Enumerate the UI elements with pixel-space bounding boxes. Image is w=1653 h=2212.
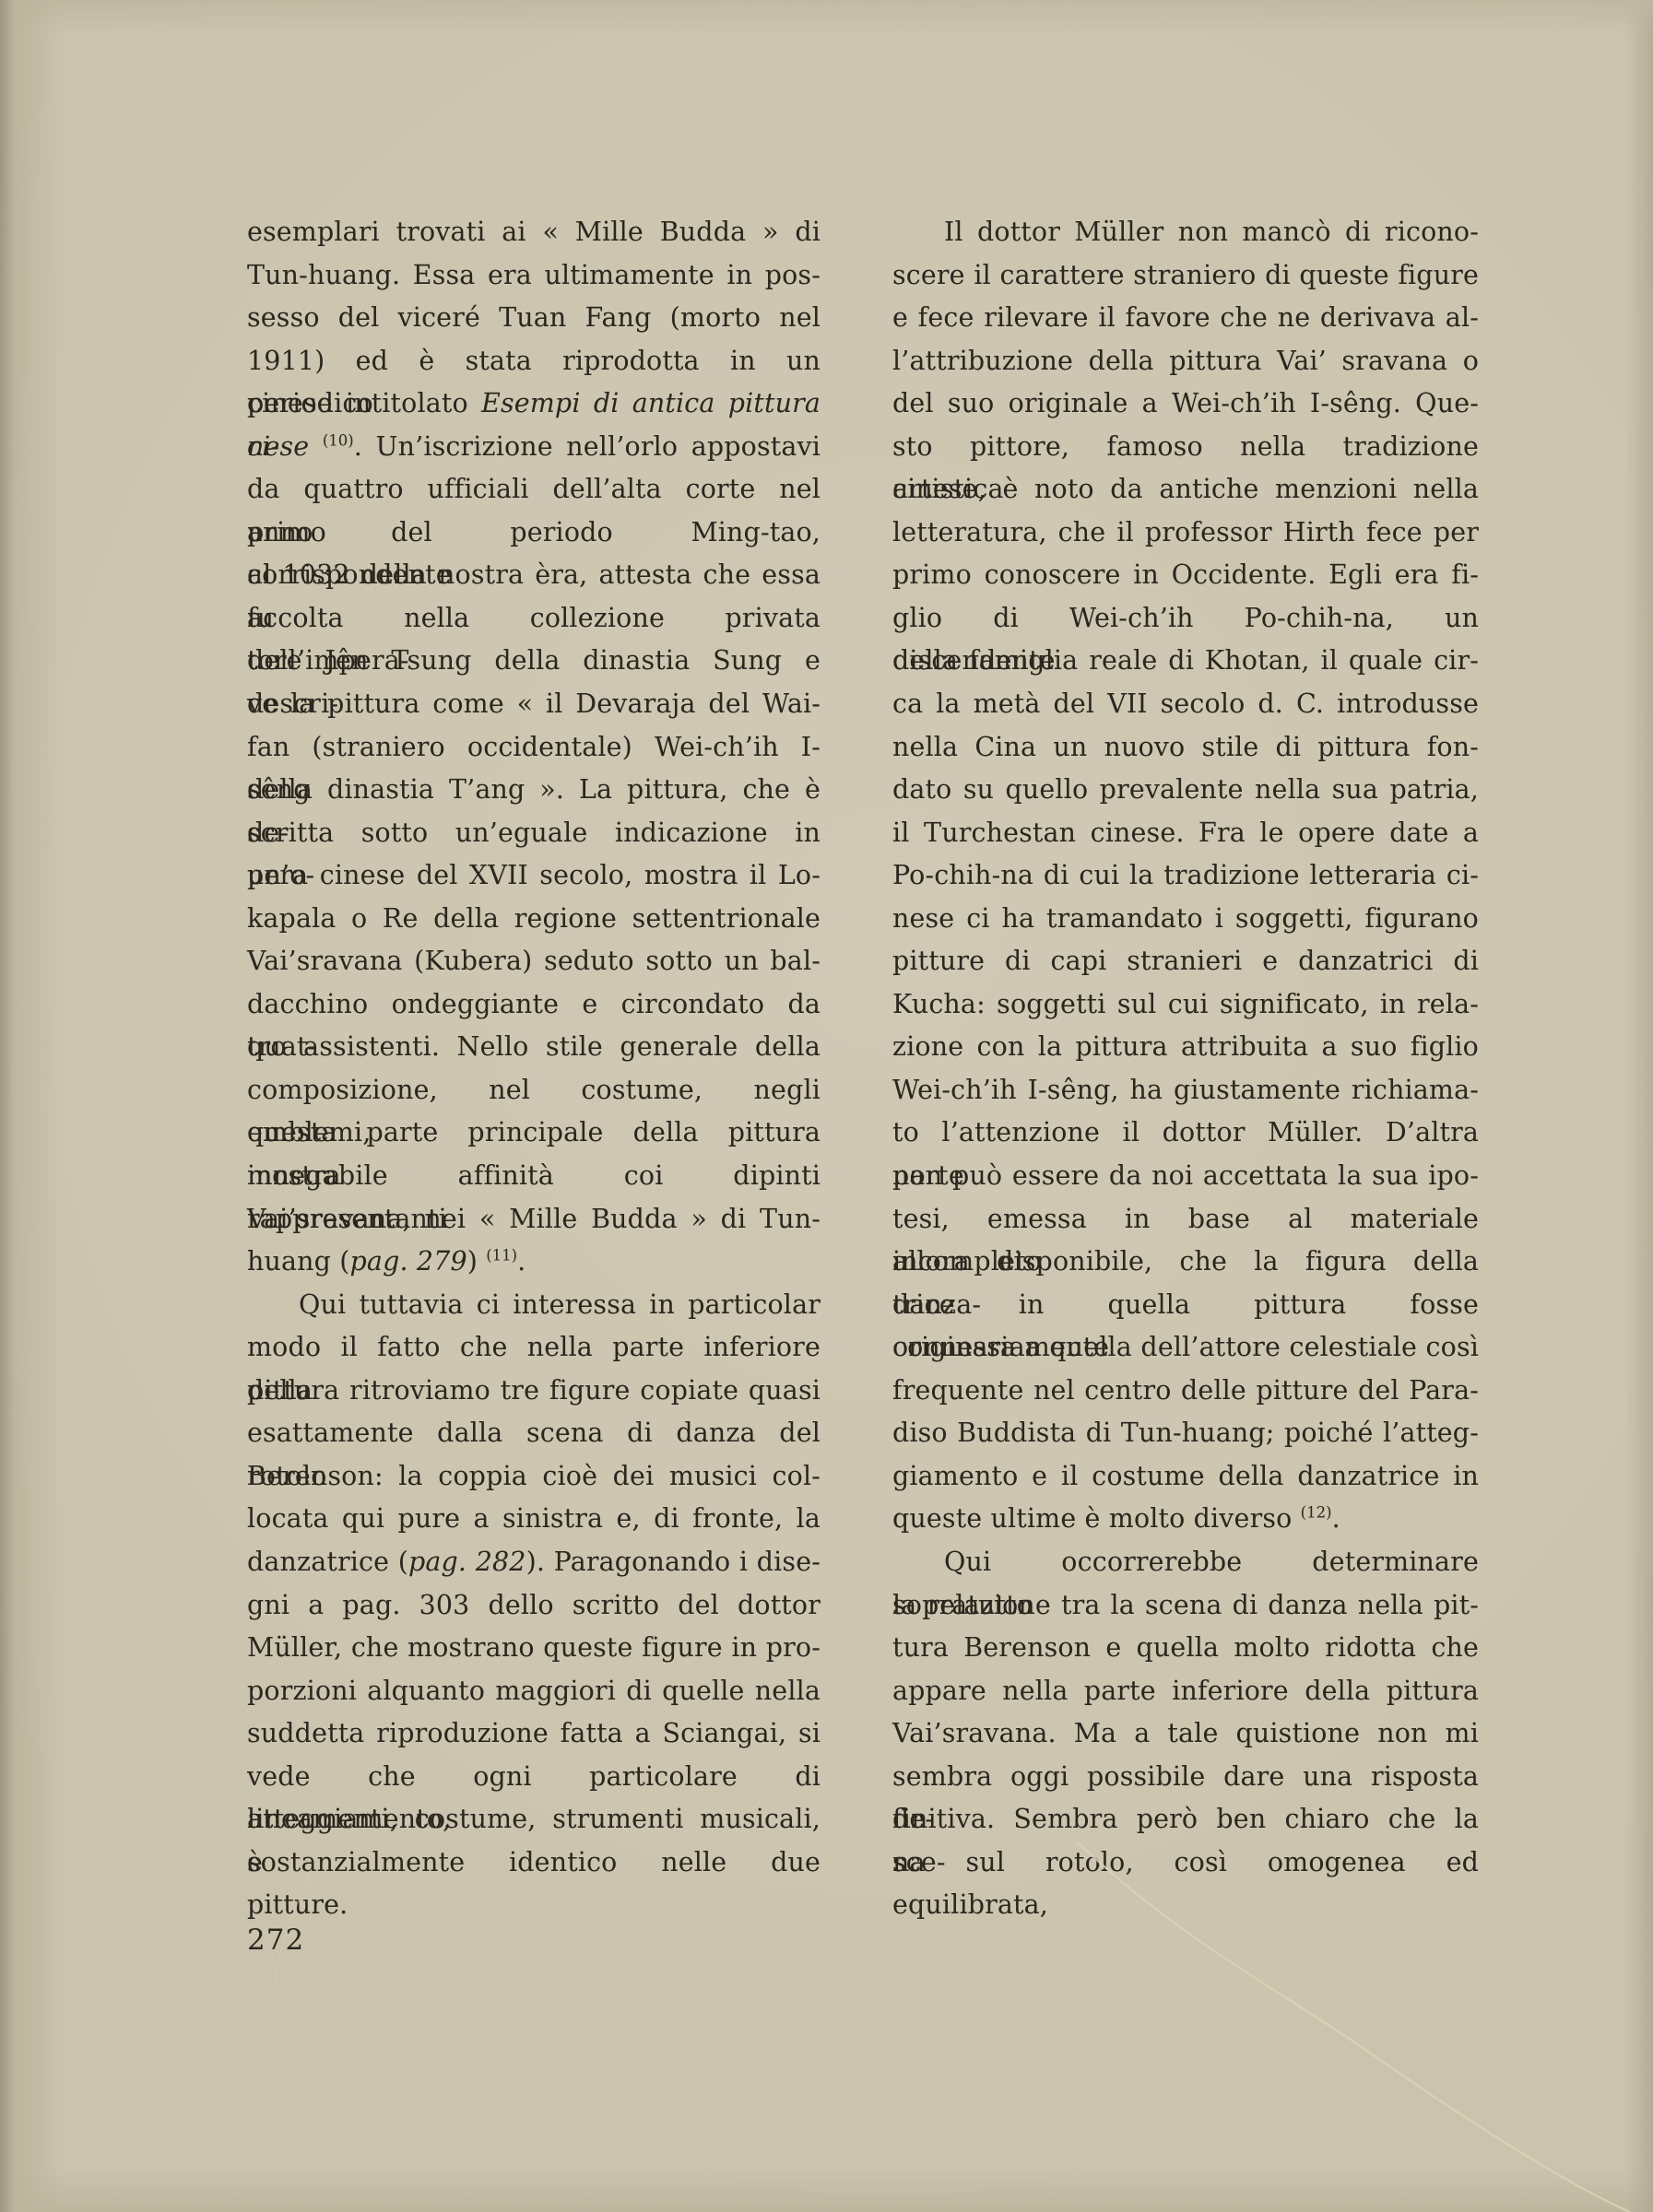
- text-line: connessa a quella dell’attore celestiale…: [892, 1326, 1479, 1370]
- text-line: fan (straniero occidentale) Wei-ch’ih I-…: [247, 726, 821, 770]
- text-run: tura Berenson e quella molto ridotta che: [892, 1632, 1479, 1663]
- text-line: del suo originale a Wei-ch’ih I-sêng. Qu…: [892, 382, 1479, 426]
- footnote-marker: (11): [486, 1247, 517, 1265]
- text-run: pittura ritroviamo tre figure copiate qu…: [247, 1375, 821, 1406]
- text-line: locata qui pure a sinistra e, di fronte,…: [247, 1498, 821, 1541]
- text-run: della famiglia reale di Khotan, il quale…: [892, 645, 1479, 676]
- text-run: porzioni alquanto maggiori di quelle nel…: [247, 1676, 821, 1706]
- text-run: primo conoscere in Occidente. Egli era f…: [892, 559, 1479, 590]
- text-run: dato su quello prevalente nella sua patr…: [892, 774, 1479, 805]
- text-run: l’attribuzione della pittura Vai’ sravan…: [892, 346, 1479, 376]
- text-run: scere il carattere straniero di queste f…: [892, 260, 1479, 290]
- text-line: Tun-huang. Essa era ultimamente in pos-: [247, 254, 821, 298]
- text-run: cinese intitolato: [247, 388, 481, 418]
- text-run: suddetta riproduzione fatta a Sciangai, …: [247, 1718, 821, 1748]
- text-run: queste ultime è molto diverso: [892, 1503, 1301, 1534]
- text-line: Vai’sravana, nei « Mille Budda » di Tun-: [247, 1198, 821, 1241]
- text-run: Berenson: la coppia cioè dei musici col-: [247, 1461, 821, 1491]
- text-run: giamento e il costume della danzatrice i…: [892, 1461, 1479, 1491]
- text-line: Wei-ch’ih I-sêng, ha giustamente richiam…: [892, 1069, 1479, 1112]
- text-run: nella Cina un nuovo stile di pittura fon…: [892, 732, 1479, 762]
- text-line: innegabile affinità coi dipinti rapprese…: [247, 1155, 821, 1198]
- text-line: porzioni alquanto maggiori di quelle nel…: [247, 1670, 821, 1713]
- text-run: la relazione tra la scena di danza nella…: [892, 1590, 1479, 1620]
- text-line: sesso del viceré Tuan Fang (morto nel: [247, 297, 821, 340]
- text-run: diso Buddista di Tun-huang; poiché l’att…: [892, 1418, 1479, 1448]
- italic-text-run: nese: [247, 431, 323, 462]
- text-line: composizione, nel costume, negli emblemi…: [247, 1069, 821, 1112]
- text-run: sesso del viceré Tuan Fang (morto nel: [247, 302, 821, 333]
- text-column-right: Il dottor Müller non mancò di ricono-sce…: [892, 211, 1479, 1884]
- text-line: al 1032 della nostra èra, attesta che es…: [247, 554, 821, 597]
- text-line: danzatrice (pag. 282). Paragonando i dis…: [247, 1541, 821, 1584]
- text-line: Berenson: la coppia cioè dei musici col-: [247, 1455, 821, 1499]
- text-run: na sul rotolo, così omogenea ed equilibr…: [892, 1847, 1479, 1921]
- text-line: nese ci ha tramandato i soggetti, figura…: [892, 898, 1479, 941]
- text-run: Vai’sravana, nei « Mille Budda » di Tun-: [247, 1204, 821, 1234]
- text-line: 1911) ed è stata riprodotta in un period…: [247, 340, 821, 383]
- text-run: sostanzialmente identico nelle due pittu…: [247, 1847, 821, 1921]
- text-line: della dinastia T’ang ». La pittura, che …: [247, 769, 821, 812]
- text-line: Müller, che mostrano queste figure in pr…: [247, 1627, 821, 1670]
- text-line: tro assistenti. Nello stile generale del…: [247, 1026, 821, 1069]
- text-run: Vai’sravana. Ma a tale quistione non mi: [892, 1718, 1479, 1748]
- text-line: pera cinese del XVII secolo, mostra il L…: [247, 854, 821, 898]
- text-line: e fece rilevare il favore che ne derivav…: [892, 297, 1479, 340]
- text-column-left: esemplari trovati ai « Mille Budda » diT…: [247, 211, 821, 1884]
- text-line: ca la metà del VII secolo d. C. introdus…: [892, 683, 1479, 726]
- text-line: Po-chih-na di cui la tradizione letterar…: [892, 854, 1479, 898]
- text-run: Po-chih-na di cui la tradizione letterar…: [892, 860, 1479, 890]
- text-run: . Un’iscrizione nell’orlo appostavi: [354, 431, 821, 462]
- text-line: na sul rotolo, così omogenea ed equilibr…: [892, 1841, 1479, 1885]
- text-line: scere il carattere straniero di queste f…: [892, 254, 1479, 298]
- text-run: huang (: [247, 1246, 350, 1277]
- text-line: pitture di capi stranieri e danzatrici d…: [892, 940, 1479, 983]
- text-run: gni a pag. 303 dello scritto del dottor: [247, 1590, 821, 1620]
- text-line: diso Buddista di Tun-huang; poiché l’att…: [892, 1412, 1479, 1455]
- text-run: appare nella parte inferiore della pittu…: [892, 1676, 1479, 1706]
- text-line: il Turchestan cinese. Fra le opere date …: [892, 812, 1479, 855]
- text-run: danzatrice (: [247, 1547, 408, 1577]
- text-line: nella Cina un nuovo stile di pittura fon…: [892, 726, 1479, 770]
- text-line: vede che ogni particolare di atteggiamen…: [247, 1756, 821, 1799]
- text-line: accolta nella collezione privata dell’im…: [247, 597, 821, 641]
- text-line: letteratura, che il professor Hirth fece…: [892, 512, 1479, 555]
- text-run: Müller, che mostrano queste figure in pr…: [247, 1632, 821, 1663]
- text-line: gni a pag. 303 dello scritto del dottor: [247, 1584, 821, 1628]
- text-run: pera cinese del XVII secolo, mostra il L…: [247, 860, 821, 890]
- text-line: sembra oggi possibile dare una risposta …: [892, 1756, 1479, 1799]
- text-run: il Turchestan cinese. Fra le opere date …: [892, 818, 1479, 848]
- text-run: pitture di capi stranieri e danzatrici d…: [892, 946, 1479, 976]
- text-line: giamento e il costume della danzatrice i…: [892, 1455, 1479, 1499]
- text-line: Vai’sravana (Kubera) seduto sotto un bal…: [247, 940, 821, 983]
- text-run: tro assistenti. Nello stile generale del…: [247, 1031, 821, 1062]
- text-run: ). Paragonando i dise-: [526, 1547, 821, 1577]
- text-run: frequente nel centro delle pitture del P…: [892, 1375, 1479, 1406]
- text-line: zione con la pittura attribuita a suo fi…: [892, 1026, 1479, 1069]
- text-line: suddetta riproduzione fatta a Sciangai, …: [247, 1712, 821, 1756]
- text-run: ): [467, 1246, 486, 1277]
- text-line: tesi, emessa in base al materiale incomp…: [892, 1198, 1479, 1241]
- text-line: sto pittore, famoso nella tradizione art…: [892, 426, 1479, 469]
- text-line: esattamente dalla scena di danza del rot…: [247, 1412, 821, 1455]
- text-run: ve la pittura come « il Devaraja del Wai…: [247, 688, 821, 719]
- text-run: .: [517, 1246, 525, 1277]
- text-line: huang (pag. 279) (11).: [247, 1241, 821, 1284]
- text-run: kapala o Re della regione settentrionale: [247, 903, 821, 934]
- text-line: Qui occorrerebbe determinare sopratutto: [892, 1541, 1479, 1584]
- text-run: ca la metà del VII secolo d. C. introdus…: [892, 688, 1479, 719]
- text-line: dato su quello prevalente nella sua patr…: [892, 769, 1479, 812]
- text-line: Kucha: soggetti sul cui significato, in …: [892, 983, 1479, 1027]
- text-line: glio di Wei-ch’ih Po-chih-na, un discend…: [892, 597, 1479, 641]
- text-line: to l’attenzione il dottor Müller. D’altr…: [892, 1112, 1479, 1155]
- italic-text-run: pag. 279: [350, 1246, 467, 1277]
- text-line: Qui tuttavia ci interessa in particolar: [247, 1284, 821, 1327]
- text-run: connessa a quella dell’attore celestiale…: [892, 1332, 1479, 1362]
- italic-text-run: pag. 282: [408, 1547, 526, 1577]
- text-run: Kucha: soggetti sul cui significato, in …: [892, 989, 1479, 1019]
- text-line: la relazione tra la scena di danza nella…: [892, 1584, 1479, 1628]
- text-line: da quattro ufficiali dell’alta corte nel…: [247, 468, 821, 512]
- text-run: cinese, è noto da antiche menzioni nella: [892, 474, 1479, 504]
- text-run: Tun-huang. Essa era ultimamente in pos-: [247, 260, 821, 290]
- text-line: questa parte principale della pittura mo…: [247, 1112, 821, 1155]
- text-run: zione con la pittura attribuita a suo fi…: [892, 1031, 1479, 1062]
- text-run: non può essere da noi accettata la sua i…: [892, 1160, 1479, 1191]
- text-line: lineamenti, costume, strumenti musicali,…: [247, 1798, 821, 1841]
- text-line: l’attribuzione della pittura Vai’ sravan…: [892, 340, 1479, 383]
- text-line: scritta sotto un’eguale indicazione in u…: [247, 812, 821, 855]
- text-run: Vai’sravana (Kubera) seduto sotto un bal…: [247, 946, 821, 976]
- footnote-marker: (10): [323, 431, 354, 449]
- text-run: nese ci ha tramandato i soggetti, figura…: [892, 903, 1479, 934]
- text-line: della famiglia reale di Khotan, il quale…: [892, 640, 1479, 683]
- text-run: esemplari trovati ai « Mille Budda » di: [247, 217, 821, 247]
- text-line: cinese intitolato Esempi di antica pittu…: [247, 382, 821, 426]
- text-line: primo conoscere in Occidente. Egli era f…: [892, 554, 1479, 597]
- text-line: allora disponibile, che la figura della …: [892, 1241, 1479, 1284]
- text-line: Il dottor Müller non mancò di ricono-: [892, 211, 1479, 254]
- footnote-marker: (12): [1301, 1504, 1332, 1522]
- text-run: locata qui pure a sinistra e, di fronte,…: [247, 1503, 821, 1534]
- text-run: Qui tuttavia ci interessa in particolar: [299, 1289, 821, 1320]
- text-line: tore Jên Tsung della dinastia Sung e des…: [247, 640, 821, 683]
- text-run: Il dottor Müller non mancò di ricono-: [944, 217, 1479, 247]
- text-line: appare nella parte inferiore della pittu…: [892, 1670, 1479, 1713]
- text-line: trice in quella pittura fosse originaria…: [892, 1284, 1479, 1327]
- text-line: ve la pittura come « il Devaraja del Wai…: [247, 683, 821, 726]
- text-line: nese (10). Un’iscrizione nell’orlo appos…: [247, 426, 821, 469]
- text-line: anno del periodo Ming-tao, corrispondent…: [247, 512, 821, 555]
- text-line: esemplari trovati ai « Mille Budda » di: [247, 211, 821, 254]
- text-run: letteratura, che il professor Hirth fece…: [892, 517, 1479, 547]
- text-line: Vai’sravana. Ma a tale quistione non mi: [892, 1712, 1479, 1756]
- text-line: pittura ritroviamo tre figure copiate qu…: [247, 1370, 821, 1413]
- text-run: .: [1332, 1503, 1340, 1534]
- book-page: esemplari trovati ai « Mille Budda » diT…: [0, 0, 1653, 2212]
- text-line: cinese, è noto da antiche menzioni nella: [892, 468, 1479, 512]
- text-run: Wei-ch’ih I-sêng, ha giustamente richiam…: [892, 1075, 1479, 1105]
- text-run: e fece rilevare il favore che ne derivav…: [892, 302, 1479, 333]
- text-line: dacchino ondeggiante e circondato da qua…: [247, 983, 821, 1027]
- page-number: 272: [247, 1919, 304, 1961]
- text-line: tura Berenson e quella molto ridotta che: [892, 1627, 1479, 1670]
- text-line: finitiva. Sembra però ben chiaro che la …: [892, 1798, 1479, 1841]
- text-line: modo il fatto che nella parte inferiore …: [247, 1326, 821, 1370]
- text-line: kapala o Re della regione settentrionale: [247, 898, 821, 941]
- text-line: non può essere da noi accettata la sua i…: [892, 1155, 1479, 1198]
- text-line: sostanzialmente identico nelle due pittu…: [247, 1841, 821, 1885]
- text-line: queste ultime è molto diverso (12).: [892, 1498, 1479, 1541]
- text-run: del suo originale a Wei-ch’ih I-sêng. Qu…: [892, 388, 1479, 418]
- text-line: frequente nel centro delle pitture del P…: [892, 1370, 1479, 1413]
